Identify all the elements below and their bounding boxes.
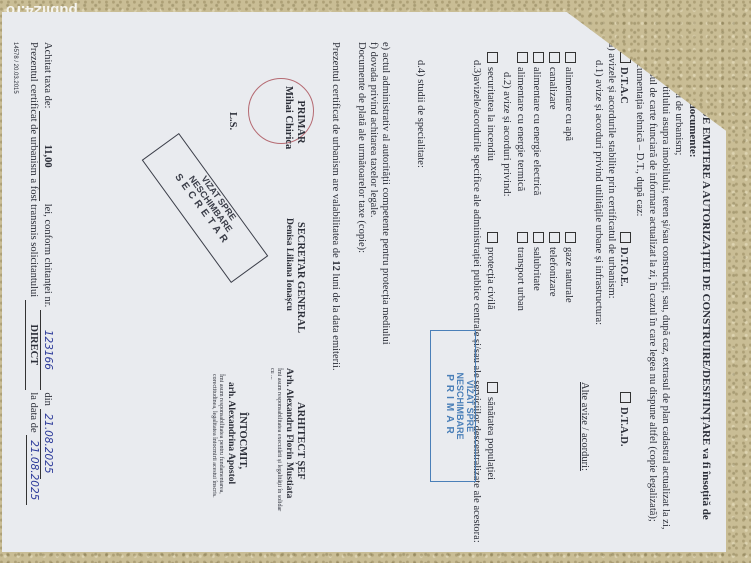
architect-name: Arh. Alexandru Florin Mustiata: [282, 368, 294, 498]
utility-right-label: telefonizare: [547, 247, 558, 297]
health-label: sănătatea populației: [485, 397, 496, 480]
checkbox-utility-right-3[interactable]: [517, 232, 528, 243]
item-d4: d.4) studii de specialitate:: [413, 60, 426, 168]
dtac-label: D.T.A.C: [618, 67, 629, 104]
payment-docs: Documente de plată ale următoarelor taxe…: [354, 42, 367, 253]
secretary-name: Denisa Liliana Ionașcu: [282, 218, 294, 311]
dtoe-label: D.T.O.E.: [618, 247, 629, 286]
item-c: c) documentația tehnică – D.T., după caz…: [632, 42, 645, 216]
utility-left-label: canalizare: [547, 67, 558, 110]
civil-label: protecția civilă: [485, 247, 496, 310]
utility-left-label: alimentare cu energie termică: [515, 67, 526, 191]
dtad-label: D.T.A.D.: [618, 407, 629, 446]
validity-text: Prezentul certificat de urbanism are val…: [328, 42, 341, 371]
checkbox-fire[interactable]: [487, 52, 498, 63]
stamp-secretar: VIZAT SPRENESCHIMBARESECRETAR: [142, 133, 269, 283]
stamp-primar: VIZAT SPRENESCHIMBAREPRIMAR: [430, 330, 476, 482]
other-approvals: Alte avize / acorduri:: [577, 382, 590, 471]
item-b: b) dovada titlului asupra imobilului, te…: [645, 42, 671, 532]
footer-code: 14578 / 20.03.2015: [11, 42, 18, 94]
checkbox-civil[interactable]: [487, 232, 498, 243]
item-d2: d.2) avize și acorduri privind:: [499, 72, 512, 197]
document-page: 5. CEREREA DE EMITERE A AUTORIZAȚIEI DE …: [2, 12, 726, 552]
ls-mark: L.S.: [225, 112, 238, 130]
checkbox-utility-left-0[interactable]: [565, 52, 576, 63]
utility-left-label: alimentare cu energie electrică: [531, 67, 542, 195]
secretary-title: SECRETAR GENERAL: [293, 222, 306, 333]
section-title: 5. CEREREA DE EMITERE A AUTORIZAȚIEI DE …: [685, 42, 712, 532]
item-a: a) certificatul de urbanism;: [671, 42, 684, 155]
architect-title: ARHITECT ȘEF: [293, 402, 306, 480]
checkbox-dtac[interactable]: [620, 52, 631, 63]
fee-line: Achitat taxa de: 11,00 lei, conform chit…: [39, 42, 54, 479]
checkbox-utility-left-3[interactable]: [517, 52, 528, 63]
fire-label: securitatea la incendiu: [485, 67, 496, 161]
drafted-title: ÎNTOCMIT,: [235, 412, 248, 469]
item-d1: d.1) avize și acorduri privind utilități…: [591, 60, 604, 325]
architect-note: Îmi asum responsabilitatea executării și…: [267, 368, 282, 518]
item-f: f) dovada privind achitarea taxelor lega…: [366, 42, 379, 218]
checkbox-utility-left-1[interactable]: [549, 52, 560, 63]
utility-left-label: alimentare cu apă: [563, 67, 574, 141]
utility-right-label: transport urban: [515, 247, 526, 311]
drafted-name: arh. Alexandrina Apostol: [224, 382, 236, 484]
utility-right-label: salubritate: [531, 247, 542, 291]
utility-right-label: gaze naturale: [563, 247, 574, 303]
checkbox-utility-right-1[interactable]: [549, 232, 560, 243]
checkbox-health[interactable]: [487, 382, 498, 393]
checkbox-utility-right-2[interactable]: [533, 232, 544, 243]
item-d: d) avizele și acordurile stabilite prin …: [604, 42, 617, 299]
mayor-name: Mihai Chirica: [281, 86, 294, 149]
transmit-line: Prezentul certificat de urbanism a fost …: [25, 42, 40, 505]
drafted-note: Îmi asum responsabilitatea pentru fundam…: [209, 374, 224, 524]
item-e: e) actul administrativ al autorității co…: [378, 42, 391, 345]
checkbox-utility-right-0[interactable]: [565, 232, 576, 243]
checkbox-dtad[interactable]: [620, 392, 631, 403]
checkbox-utility-left-2[interactable]: [533, 52, 544, 63]
mayor-title: PRIMAR: [293, 92, 306, 152]
checkbox-dtoe[interactable]: [620, 232, 631, 243]
